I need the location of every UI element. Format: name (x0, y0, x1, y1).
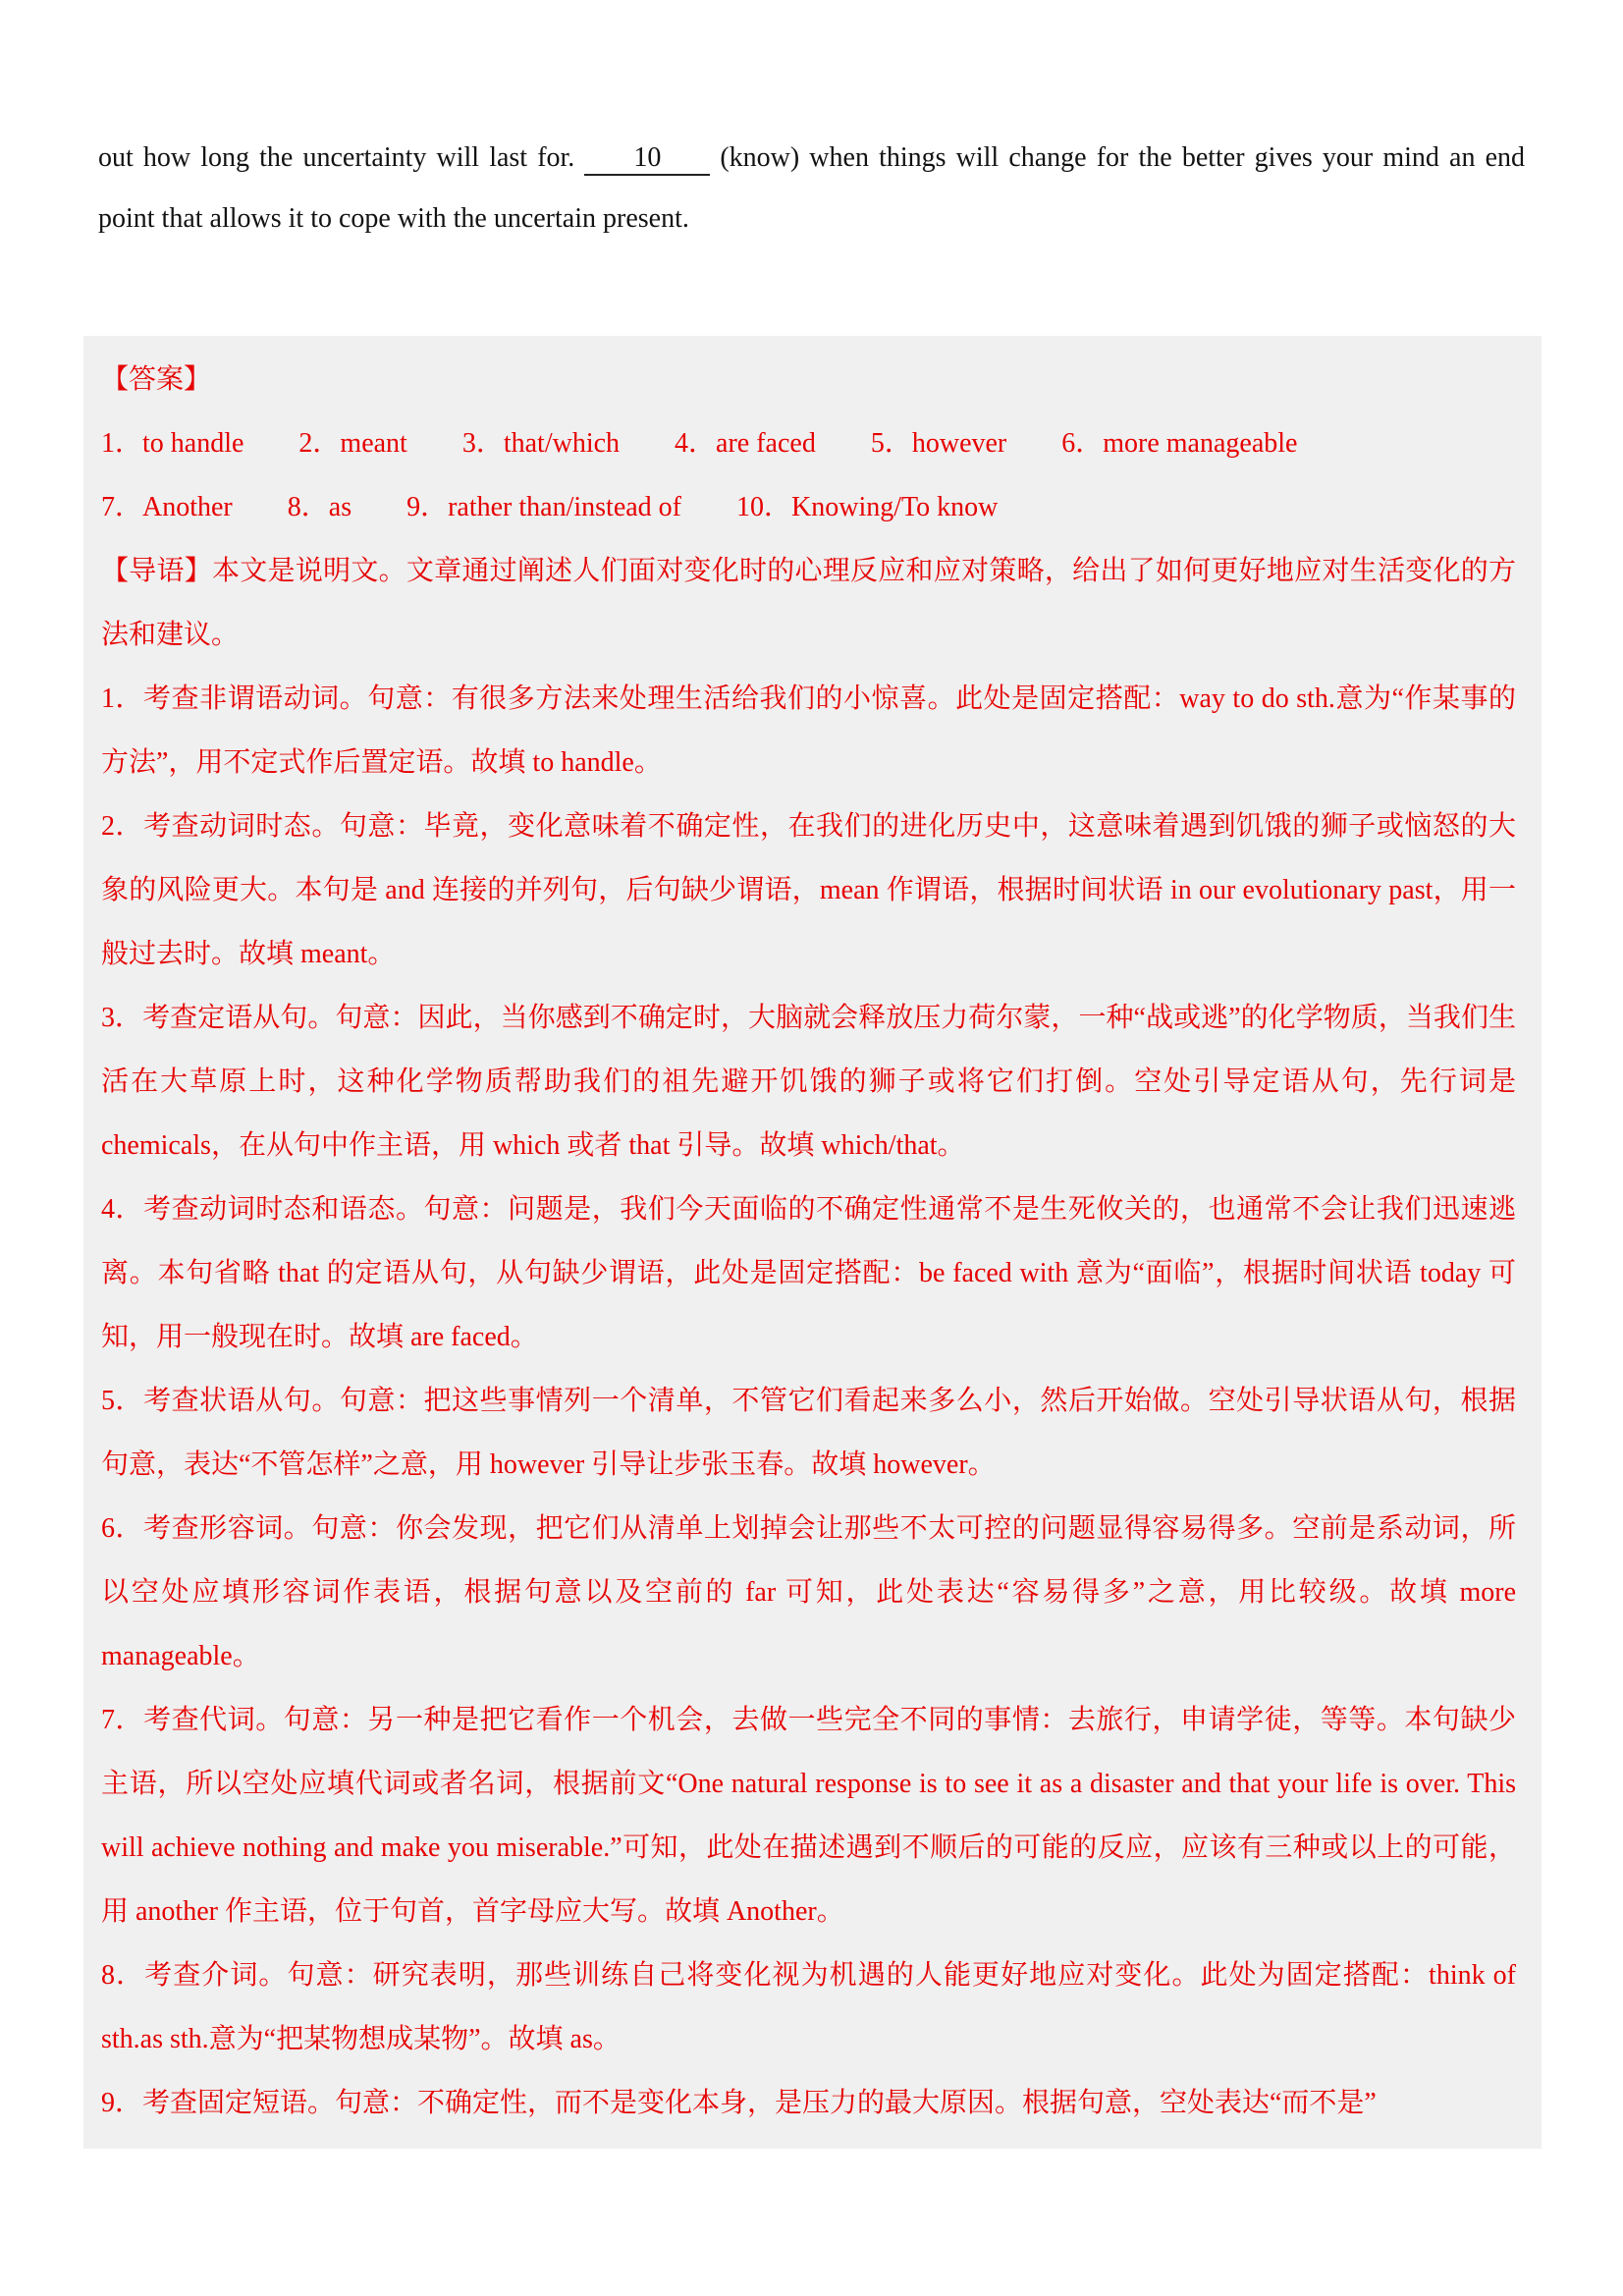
answer-item-10: 10．Knowing/To know (736, 475, 998, 539)
answer-item-3: 3．that/which (462, 411, 620, 475)
answers-row-1: 1．to handle 2．meant 3．that/which 4．are f… (101, 411, 1516, 475)
answer-item-2: 2．meant (298, 411, 406, 475)
answer-item-7: 7．Another (101, 475, 233, 539)
answer-item-8: 8．as (288, 475, 352, 539)
analysis-item-2: 2．考查动词时态。句意：毕竟，变化意味着不确定性，在我们的进化历史中，这意味着遇… (101, 794, 1516, 986)
answer-item-5: 5．however (871, 411, 1006, 475)
fill-in-blank-10: 10 (584, 142, 710, 176)
analysis-item-3: 3．考查定语从句。句意：因此，当你感到不确定时，大脑就会释放压力荷尔蒙，一种“战… (101, 986, 1516, 1177)
analysis-item-7: 7．考查代词。句意：另一种是把它看作一个机会，去做一些完全不同的事情：去旅行，申… (101, 1688, 1516, 1943)
passage-paragraph: out how long the uncertainty will last f… (98, 128, 1525, 249)
analysis-item-9: 9．考查固定短语。句意：不确定性，而不是变化本身，是压力的最大原因。根据句意，空… (101, 2071, 1516, 2135)
analysis-item-5: 5．考查状语从句。句意：把这些事情列一个清单，不管它们看起来多么小，然后开始做。… (101, 1369, 1516, 1497)
analysis-item-8: 8．考查介词。句意：研究表明，那些训练自己将变化视为机遇的人能更好地应对变化。此… (101, 1943, 1516, 2071)
analysis-intro: 【导语】本文是说明文。文章通过阐述人们面对变化时的心理反应和应对策略，给出了如何… (101, 539, 1516, 667)
blank-number: 10 (633, 142, 661, 173)
analysis-item-4: 4．考查动词时态和语态。句意：问题是，我们今天面临的不确定性通常不是生死攸关的，… (101, 1177, 1516, 1369)
document-page: out how long the uncertainty will last f… (0, 0, 1623, 2296)
answers-row-2: 7．Another 8．as 9．rather than/instead of … (101, 475, 1516, 539)
answers-header: 【答案】 (101, 348, 1516, 411)
passage-before-blank: out how long the uncertainty will last f… (98, 142, 574, 173)
answer-item-6: 6．more manageable (1061, 411, 1297, 475)
answer-item-4: 4．are faced (675, 411, 816, 475)
analysis-item-1: 1．考查非谓语动词。句意：有很多方法来处理生活给我们的小惊喜。此处是固定搭配：w… (101, 667, 1516, 794)
analysis-item-6: 6．考查形容词。句意：你会发现，把它们从清单上划掉会让那些不太可控的问题显得容易… (101, 1497, 1516, 1688)
answer-item-1: 1．to handle (101, 411, 243, 475)
answer-item-9: 9．rather than/instead of (406, 475, 681, 539)
answer-key-panel: 【答案】 1．to handle 2．meant 3．that/which 4．… (83, 336, 1542, 2149)
